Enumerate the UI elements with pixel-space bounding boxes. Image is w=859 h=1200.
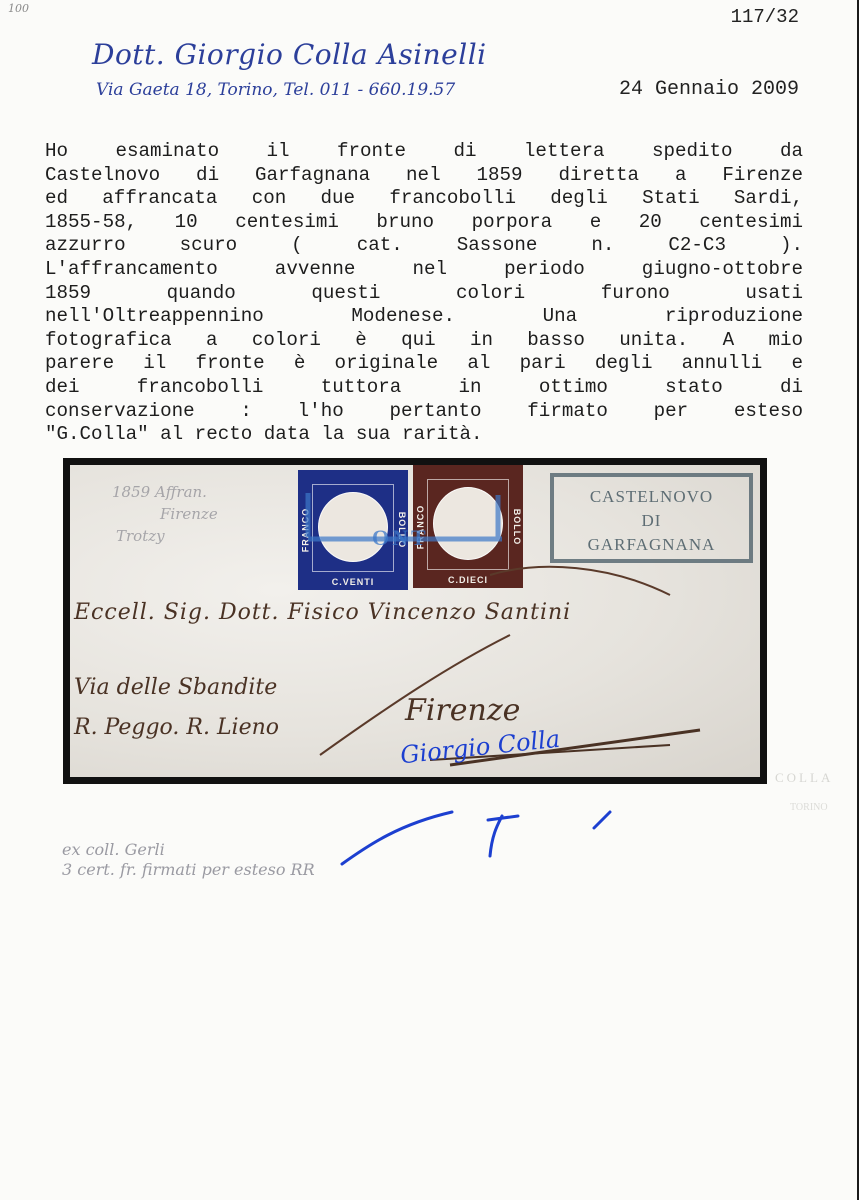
letterhead-address: Via Gaeta 18, Torino, Tel. 011 - 660.19.… [96, 80, 455, 100]
body-line: parere il fronte è originale al pari deg… [45, 352, 803, 376]
certificate-body: Ho esaminato il fronte di lettera spedit… [45, 140, 803, 447]
body-line: L'affrancamento avvenne nel periodo giug… [45, 258, 803, 282]
body-line: 1859 quando questi colori furono usati [45, 282, 803, 306]
body-line: conservazione : l'ho pertanto firmato pe… [45, 400, 803, 424]
body-line: dei francobolli tuttora in ottimo stato … [45, 376, 803, 400]
signature-strokes-icon [330, 784, 630, 874]
ink-flourish-icon [70, 465, 760, 777]
certificate-date: 24 Gennaio 2009 [619, 78, 799, 101]
body-line: fotografica a colori è qui in basso unit… [45, 329, 803, 353]
body-line: 1855-58, 10 centesimi bruno porpora e 20… [45, 211, 803, 235]
body-line: azzurro scuro ( cat. Sassone n. C2-C3 ). [45, 234, 803, 258]
body-line: nell'Oltreappennino Modenese. Una riprod… [45, 305, 803, 329]
letter-photograph: 1859 Affran. Firenze Trotzy FRANCO BOLLO… [63, 458, 767, 784]
body-line: ed affrancata con due francobolli degli … [45, 187, 803, 211]
body-line: "G.Colla" al recto data la sua rarità. [45, 423, 803, 447]
body-line: Castelnovo di Garfagnana nel 1859 dirett… [45, 164, 803, 188]
reference-number: 117/32 [731, 6, 799, 28]
pencil-annotation: ex coll. Gerli 3 cert. fr. firmati per e… [62, 840, 315, 880]
pencil-annotation-line: 3 cert. fr. firmati per esteso RR [62, 860, 315, 880]
body-line: Ho esaminato il fronte di lettera spedit… [45, 140, 803, 164]
pencil-annotation-line: ex coll. Gerli [62, 840, 315, 860]
embossed-seal: COLLA [775, 770, 833, 786]
letter-paper: 1859 Affran. Firenze Trotzy FRANCO BOLLO… [70, 465, 760, 777]
letterhead-name: Dott. Giorgio Colla Asinelli [92, 38, 487, 71]
corner-pencil-note: 100 [8, 2, 29, 15]
embossed-seal-sub: TORINO [790, 802, 828, 813]
